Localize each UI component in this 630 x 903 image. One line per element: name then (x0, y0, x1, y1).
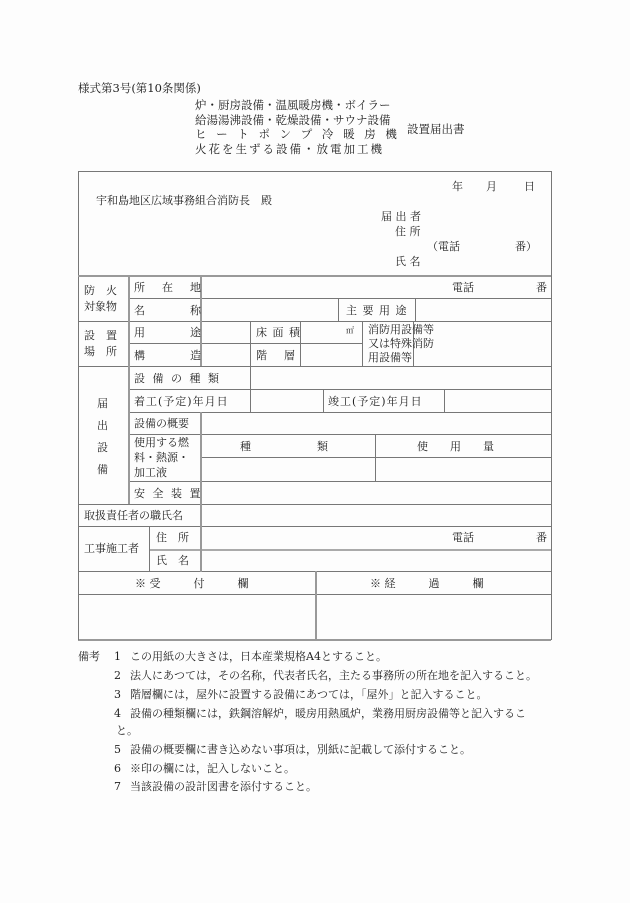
name-label: 名 称 (134, 304, 204, 317)
main-use-label: 主 要 用 途 (346, 304, 408, 317)
col-line (362, 321, 363, 366)
note-num: 6 (114, 762, 121, 775)
fuel-label-3: 加工液 (134, 466, 167, 479)
note-num: 1 (114, 650, 121, 663)
use-label: 用 途 (134, 326, 204, 339)
note-text: 階層欄には，屋外に設置する設備にあつては，「屋外」と記入すること。 (130, 688, 488, 701)
contractor-phone-suffix: 番 (536, 531, 547, 544)
fuel-kind-field[interactable] (201, 458, 374, 480)
overview-field[interactable] (201, 413, 550, 433)
fire-object-label-1: 防 火 (84, 284, 117, 297)
overview-label: 設備の概要 (134, 417, 189, 430)
row-line (128, 434, 551, 435)
addressee: 宇和島地区広域事務組合消防長 殿 (96, 194, 272, 207)
contractor-address-label: 住 所 (156, 531, 189, 544)
title-line-4: 火花を生ずる設備・放電加工機 (195, 143, 384, 157)
note-text: この用紙の大きさは，日本産業規格A4とすること。 (130, 650, 387, 663)
title-suffix: 設置届出書 (407, 121, 465, 137)
applicant-label: 届 出 者 (381, 210, 421, 223)
kind-header: 種 類 (240, 440, 328, 453)
location-label: 所 在 地 (134, 281, 204, 294)
col-line (315, 571, 317, 640)
amount-header: 使 用 量 (417, 440, 494, 453)
structure-label: 構 造 (134, 349, 204, 362)
note-num: 5 (114, 743, 121, 756)
col-line (149, 526, 150, 572)
equipment-type-field[interactable] (251, 367, 550, 388)
note-num: 7 (114, 780, 121, 793)
form-id: 様式第3号(第10条関係) (78, 80, 201, 96)
use-field[interactable] (201, 322, 249, 342)
safety-field[interactable] (201, 482, 550, 503)
equipment-label-char-3: 設 (97, 441, 108, 454)
date-month: 月 (486, 180, 497, 193)
contractor-name-field[interactable] (201, 550, 550, 570)
note-text: 設備の種類欄には，鉄鋼溶解炉，暖房用熱風炉，業務用厨房設備等と記入するこ (130, 707, 526, 720)
title-line-2: 給湯湯沸設備・乾燥設備・サウナ設備 (195, 114, 391, 128)
title-line-1: 炉・厨房設備・温風暖房機・ボイラー (195, 99, 391, 113)
location-phone-suffix: 番 (536, 281, 547, 294)
install-place-label-1: 設 置 (84, 329, 117, 342)
fuel-label-2: 料・熱源・ (134, 451, 189, 464)
install-place-label-2: 場 所 (84, 345, 117, 358)
fire-object-label-2: 対象物 (84, 300, 117, 313)
date-year: 年 (452, 180, 463, 193)
fire-equipment-field[interactable] (414, 322, 550, 365)
equipment-label-char-2: 出 (97, 419, 108, 432)
progress-label: ※ 経 過 欄 (370, 577, 484, 590)
note-num: 3 (114, 688, 121, 701)
contractor-label: 工事施工者 (84, 542, 139, 555)
area-unit: ㎡ (346, 324, 354, 337)
title-line-3: ヒ ー ト ポ ン プ 冷 暖 房 機 (195, 128, 400, 142)
col-line (128, 276, 130, 504)
fire-equipment-label-3: 用設備等 (368, 351, 412, 364)
applicant-phone-open: （電話 (427, 240, 460, 253)
end-date-label: 竣工(予定)年月日 (328, 395, 423, 408)
equipment-label-char-1: 届 (97, 397, 108, 410)
applicant-name-label: 氏 名 (395, 255, 421, 268)
location-phone-label: 電話 (452, 281, 474, 294)
fuel-amount-field[interactable] (376, 458, 550, 480)
reception-label: ※ 受 付 欄 (135, 577, 249, 590)
date-day: 日 (524, 180, 535, 193)
contractor-name-label: 氏 名 (156, 554, 189, 567)
safety-label: 安 全 装 置 (134, 487, 203, 500)
contractor-address-field[interactable] (201, 527, 441, 548)
floor-area-label: 床 面 積 (256, 326, 301, 339)
contractor-phone-label: 電話 (452, 531, 474, 544)
equipment-label-char-4: 備 (97, 463, 108, 476)
border-right (551, 171, 552, 640)
col-line (250, 321, 251, 366)
floor-field[interactable] (301, 344, 361, 365)
note-text: 設備の概要欄に書き込めない事項は，別紙に記載して添付すること。 (130, 743, 471, 756)
note-text: ※印の欄には，記入しないこと。 (130, 762, 295, 775)
border-top (78, 171, 551, 172)
end-date-field[interactable] (445, 390, 550, 411)
note-text: 法人にあつては，その名称，代表者氏名，主たる事務所の所在地を記入すること。 (130, 669, 537, 682)
applicant-address-label: 住 所 (395, 225, 421, 238)
name-field[interactable] (201, 299, 337, 320)
main-use-field[interactable] (416, 299, 550, 320)
note-num: 2 (114, 669, 121, 682)
note-text-cont: と。 (116, 724, 138, 737)
floor-label: 階 層 (256, 349, 298, 362)
fuel-label-1: 使用する燃 (134, 436, 189, 449)
location-field[interactable] (201, 277, 441, 297)
equipment-type-label: 設 備 の 種 類 (134, 372, 221, 385)
start-date-field[interactable] (251, 390, 322, 411)
note-text: 当該設備の設計図書を添付すること。 (130, 780, 317, 793)
applicant-phone-close: 番） (515, 240, 537, 253)
col-line (338, 298, 339, 321)
floor-area-field[interactable] (301, 322, 341, 342)
border-left (78, 171, 79, 640)
notes-heading: 備考 (78, 650, 100, 663)
manager-field[interactable] (201, 505, 550, 525)
start-date-label: 着工(予定)年月日 (134, 395, 229, 408)
structure-field[interactable] (201, 344, 249, 365)
manager-label: 取扱責任者の職氏名 (84, 509, 183, 522)
col-line (323, 389, 324, 412)
note-num: 4 (114, 707, 121, 720)
